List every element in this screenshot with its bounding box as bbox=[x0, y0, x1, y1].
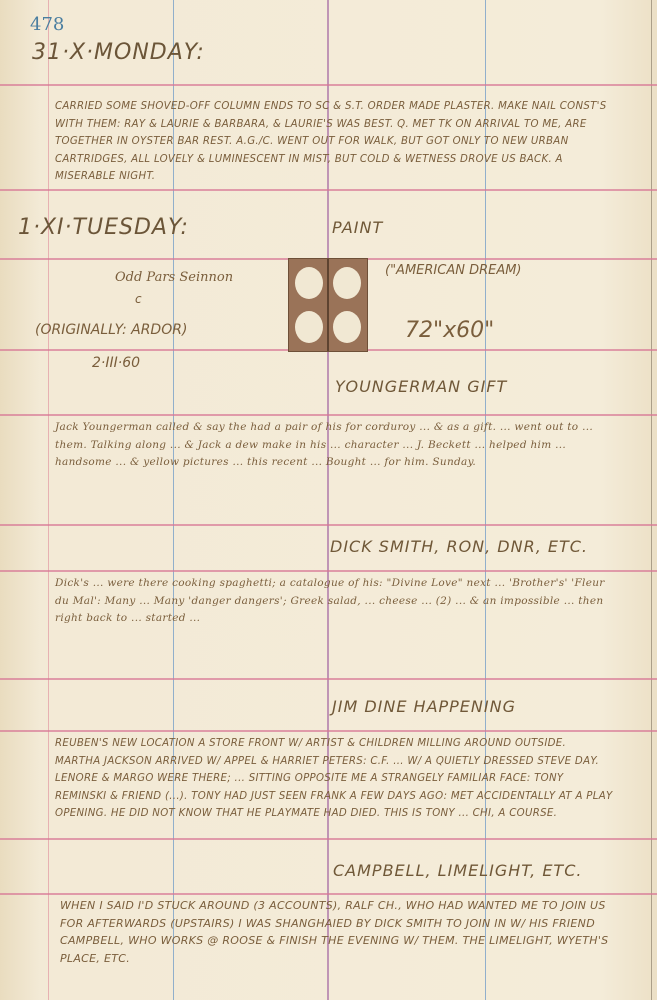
entry-date: 31·X·MONDAY: bbox=[32, 40, 205, 65]
entry-heading: PAINT bbox=[332, 218, 383, 237]
painting-original-title: (originally: ARDOR) bbox=[35, 322, 187, 338]
entry-body: When I said I'd stuck around (3 accounts… bbox=[60, 897, 615, 967]
notebook-page: 478 31·X·MONDAY: Carried some shoved-off… bbox=[0, 0, 657, 1000]
painting-note: c bbox=[135, 292, 142, 306]
entry-body: Carried some shoved-off column ends to S… bbox=[55, 98, 615, 186]
entry-subheading: YOUNGERMAN GIFT bbox=[335, 377, 507, 396]
painting-title: ("AMERICAN DREAM) bbox=[385, 263, 522, 278]
page-number: 478 bbox=[30, 14, 64, 35]
painting-sketch bbox=[288, 258, 368, 352]
entry-date: 1·XI·TUESDAY: bbox=[18, 215, 189, 240]
entry-body: Jack Youngerman called & say the had a p… bbox=[55, 419, 615, 472]
painting-dimensions: 72"x60" bbox=[405, 318, 494, 343]
painting-date: 2·III·60 bbox=[92, 355, 140, 371]
entry-body: Dick's ... were there cooking spaghetti;… bbox=[55, 575, 615, 628]
entry-heading: CAMPBELL, LIMELIGHT, ETC. bbox=[333, 861, 582, 880]
painting-note: Odd Pars Seinnon bbox=[115, 270, 233, 285]
entry-body: Reuben's new location a store front w/ a… bbox=[55, 735, 615, 823]
entry-heading: DICK SMITH, RON, DNR, ETC. bbox=[330, 537, 588, 556]
entry-heading: JIM DINE HAPPENING bbox=[332, 697, 516, 716]
